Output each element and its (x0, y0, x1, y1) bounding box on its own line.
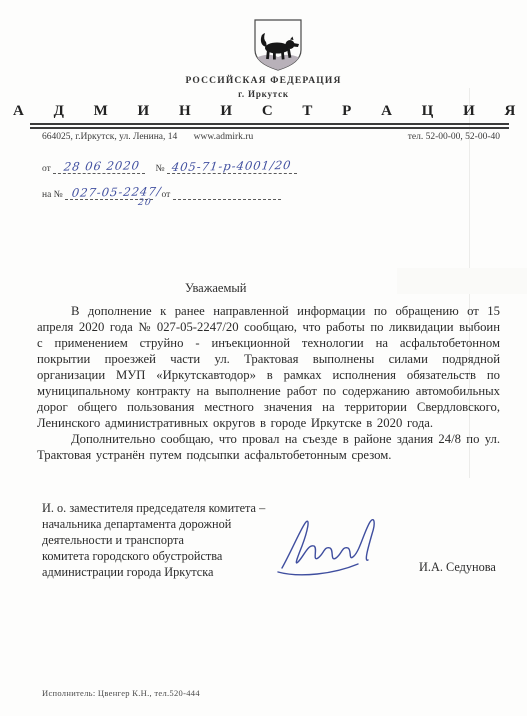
letterhead-website: www.admirk.ru (194, 132, 254, 142)
handwritten-signature-icon (272, 510, 382, 582)
letter-body: В дополнение к ранее направленной информ… (37, 303, 500, 463)
handwritten-incoming-year: 20 (137, 198, 152, 208)
from-label: от (42, 164, 51, 174)
signatory-name: И.А. Седунова (419, 560, 496, 575)
letterhead-divider (30, 123, 509, 129)
reply-label: на № (42, 190, 63, 200)
incoming-reference-line: на № от 027-05-2247/ 20 (42, 188, 342, 214)
scan-shading-artifact (397, 268, 527, 294)
letterhead-org-title: А Д М И Н И С Т Р А Ц И Я (0, 103, 527, 120)
letterhead-address-group: 664025, г.Иркутск, ул. Ленина, 14 www.ad… (42, 132, 253, 142)
handwritten-date: 28 06 2020 (63, 158, 141, 173)
letterhead-city: г. Иркутск (0, 89, 527, 99)
letterhead-phone: тел. 52-00-00, 52-00-40 (408, 132, 500, 142)
outgoing-reference-line: от № 28 06 2020 405-71-р-4001/20 (42, 162, 342, 188)
irkutsk-coat-of-arms-icon (250, 16, 306, 74)
reply-date-blank-line (173, 188, 281, 200)
scanned-letter-page: РОССИЙСКАЯ ФЕДЕРАЦИЯ г. Иркутск А Д М И … (0, 0, 527, 716)
salutation: Уважаемый (185, 281, 246, 296)
number-label: № (156, 164, 165, 174)
reference-block: от № 28 06 2020 405-71-р-4001/20 на № от… (42, 162, 342, 214)
letterhead-address: 664025, г.Иркутск, ул. Ленина, 14 (42, 132, 177, 142)
body-paragraph-1: В дополнение к ранее направленной информ… (37, 303, 500, 431)
body-paragraph-2: Дополнительно сообщаю, что провал на съе… (37, 431, 500, 463)
letterhead-country: РОССИЙСКАЯ ФЕДЕРАЦИЯ (0, 76, 527, 86)
executor-footer: Исполнитель: Цвенгер К.Н., тел.520-444 (42, 688, 200, 698)
handwritten-outgoing-number: 405-71-р-4001/20 (171, 158, 292, 174)
reply-from-label: от (162, 190, 171, 200)
letterhead-contact-row: 664025, г.Иркутск, ул. Ленина, 14 www.ad… (42, 132, 500, 142)
